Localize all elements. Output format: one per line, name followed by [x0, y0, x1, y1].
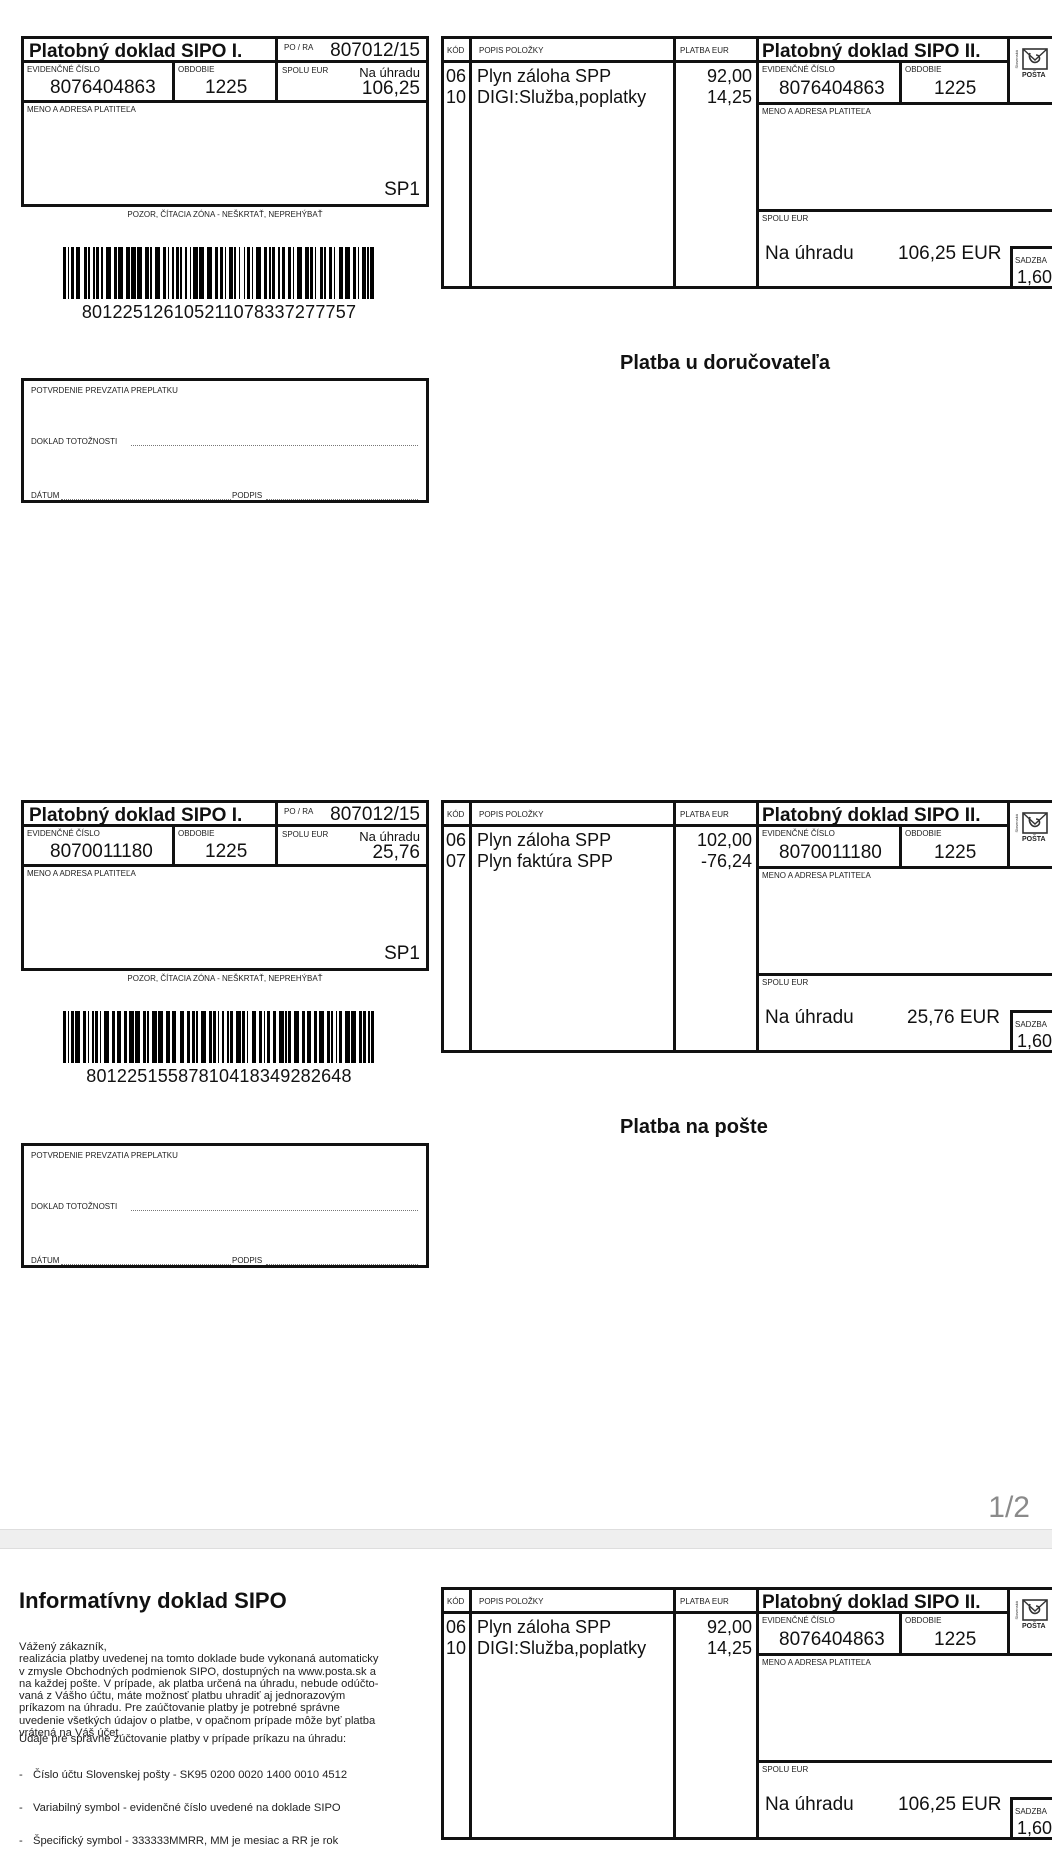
table-row: 10DIGI:Služba,poplatky14,25	[444, 1638, 756, 1659]
obdobie-label: OBDOBIE	[905, 830, 941, 838]
table-row: 06Plyn záloha SPP92,00	[444, 1617, 756, 1638]
posta-vertical-text: Slovenská	[1014, 1601, 1019, 1619]
po-ra-cell: PO / RA 807012/15	[278, 803, 426, 827]
reading-zone-warning: POZOR, ČÍTACIA ZÓNA - NEŠKRTAŤ, NEPREHÝB…	[21, 974, 429, 983]
payer-address-cell: MENO A ADRESA PLATITEĽA SP1	[24, 867, 426, 968]
info-line: príkazom na úhradu. Pre zaúčtovanie plat…	[19, 1702, 437, 1714]
obdobie-label: OBDOBIE	[905, 1617, 941, 1625]
sipo1-title: Platobný doklad SIPO I.	[29, 41, 242, 63]
sipo2-title: Platobný doklad SIPO II.	[762, 41, 981, 63]
item-description: Plyn záloha SPP	[477, 66, 611, 87]
info-line: vaná z Vášho účtu, máte možnosť platbu u…	[19, 1690, 437, 1702]
spolu-eur-label: SPOLU EUR	[762, 215, 808, 223]
info-bullet-text: Číslo účtu Slovenskej pošty - SK95 0200 …	[33, 1769, 347, 1781]
items-table: KÓD POPIS POLOŽKY PLATBA EUR 06Plyn zálo…	[441, 1587, 756, 1840]
posta-vertical-text: Slovenská	[1014, 50, 1019, 68]
posta-word: POŠTA	[1022, 72, 1046, 79]
barcode	[63, 247, 375, 299]
confirm-title: POTVRDENIE PREVZATIA PREPLATKU	[31, 1152, 178, 1160]
posta-word: POŠTA	[1022, 1623, 1046, 1630]
obdobie-value: 1225	[934, 1630, 976, 1649]
confirm-sign-label: PODPIS	[232, 1257, 262, 1265]
sadzba-label: SADZBA	[1015, 1808, 1047, 1816]
items-table: KÓD POPIS POLOŽKY PLATBA EUR 06Plyn zálo…	[441, 36, 756, 289]
evidencne-cislo-cell: EVIDENČNÉ ČÍSLO 8076404863	[759, 1614, 902, 1656]
po-ra-label: PO / RA	[284, 808, 313, 816]
sipo2-slip: Platobný doklad SIPO II. EVIDENČNÉ ČÍSLO…	[756, 1587, 1052, 1840]
kod-header: KÓD	[447, 811, 464, 819]
posta-logo-cell: Slovenská POŠTA	[1010, 39, 1052, 105]
item-code: 07	[446, 851, 472, 872]
popis-header: POPIS POLOŽKY	[479, 47, 543, 55]
kod-header: KÓD	[447, 1598, 464, 1606]
sadzba-cell: SADZBA 1,60	[1010, 1797, 1052, 1837]
sadzba-label: SADZBA	[1015, 1021, 1047, 1029]
na-uhradu-value: 25,76 EUR	[907, 1007, 1000, 1029]
spolu-cell: SPOLU EUR Na úhradu 25,76 EUR	[759, 976, 1052, 1050]
posthorn-icon	[1022, 812, 1048, 834]
payer-address-label: MENO A ADRESA PLATITEĽA	[762, 872, 871, 880]
evidencne-cislo-value: 8076404863	[779, 1630, 885, 1649]
info-bullet-text: Variabilný symbol - evidenčné číslo uved…	[33, 1802, 341, 1814]
spolu-eur-label: SPOLU EUR	[762, 1766, 808, 1774]
barcode-number: 80122515587810418349282648	[63, 1066, 375, 1087]
posthorn-icon	[1022, 48, 1048, 70]
reading-zone-warning: POZOR, ČÍTACIA ZÓNA - NEŠKRTAŤ, NEPREHÝB…	[21, 210, 429, 219]
info-title: Informatívny doklad SIPO	[19, 1588, 287, 1614]
evidencne-cislo-cell: EVIDENČNÉ ČÍSLO 8070011180	[759, 827, 902, 869]
na-uhradu-value: 106,25 EUR	[898, 1794, 1002, 1816]
evidencne-cislo-value: 8070011180	[50, 842, 153, 861]
sipo1-stub: Platobný doklad SIPO I. PO / RA 807012/1…	[21, 36, 429, 207]
payer-address-label: MENO A ADRESA PLATITEĽA	[27, 106, 136, 114]
sipo1-stub: Platobný doklad SIPO I. PO / RA 807012/1…	[21, 800, 429, 971]
item-code: 10	[446, 1638, 472, 1659]
info-bullet: -Špecifický symbol - 333333MMRR, MM je m…	[19, 1835, 338, 1847]
confirm-date-line	[61, 1264, 231, 1265]
obdobie-cell: OBDOBIE 1225	[175, 63, 278, 103]
platba-header: PLATBA EUR	[680, 47, 729, 55]
item-code: 06	[446, 830, 472, 851]
spolu-eur-label: SPOLU EUR	[762, 979, 808, 987]
posta-logo-cell: Slovenská POŠTA	[1010, 803, 1052, 869]
confirm-sign-line	[266, 499, 418, 500]
info-line: na každej pošte. V prípade, ak platba ur…	[19, 1678, 437, 1690]
evidencne-cislo-label: EVIDENČNÉ ČÍSLO	[27, 66, 100, 74]
obdobie-cell: OBDOBIE 1225	[902, 827, 1010, 869]
obdobie-value: 1225	[934, 79, 976, 98]
payer-address-cell: MENO A ADRESA PLATITEĽA SP1	[24, 103, 426, 204]
slovenska-posta-logo: Slovenská POŠTA	[1014, 48, 1052, 88]
sipo2-title-cell: Platobný doklad SIPO II.	[759, 1590, 1010, 1614]
table-row: 07Plyn faktúra SPP-76,24	[444, 851, 756, 872]
po-ra-value: 807012/15	[330, 41, 420, 60]
info-line: v zmysle Obchodných podmienok SIPO, dost…	[19, 1666, 437, 1678]
posthorn-icon	[1022, 1599, 1048, 1621]
na-uhradu-value: 25,76	[372, 843, 420, 862]
items-rows: 06Plyn záloha SPP102,0007Plyn faktúra SP…	[444, 830, 756, 872]
info-body: Vážený zákazník, realizácia platby uvede…	[19, 1641, 437, 1739]
item-amount: 14,25	[707, 1638, 752, 1659]
sipo2-title: Platobný doklad SIPO II.	[762, 805, 981, 827]
confirm-id-line	[131, 1210, 418, 1211]
item-amount: 92,00	[707, 1617, 752, 1638]
item-amount: 102,00	[697, 830, 752, 851]
sipo1-title: Platobný doklad SIPO I.	[29, 805, 242, 827]
kod-header: KÓD	[447, 47, 464, 55]
evidencne-cislo-cell: EVIDENČNÉ ČÍSLO 8076404863	[759, 63, 902, 105]
slovenska-posta-logo: Slovenská POŠTA	[1014, 812, 1052, 852]
obdobie-label: OBDOBIE	[178, 830, 214, 838]
overpayment-confirmation-box: POTVRDENIE PREVZATIA PREPLATKU DOKLAD TO…	[21, 1143, 429, 1268]
sadzba-cell: SADZBA 1,60	[1010, 246, 1052, 286]
item-code: 06	[446, 1617, 472, 1638]
obdobie-label: OBDOBIE	[178, 66, 214, 74]
confirm-date-label: DÁTUM	[31, 492, 59, 500]
obdobie-cell: OBDOBIE 1225	[902, 1614, 1010, 1656]
confirm-id-label: DOKLAD TOTOŽNOSTI	[31, 1203, 117, 1211]
info-subheading: Údaje pre správne zúčtovanie platby v pr…	[19, 1733, 346, 1745]
sipo2-slip: Platobný doklad SIPO II. EVIDENČNÉ ČÍSLO…	[756, 800, 1052, 1053]
item-description: Plyn záloha SPP	[477, 830, 611, 851]
table-row: 06Plyn záloha SPP102,00	[444, 830, 756, 851]
confirm-sign-label: PODPIS	[232, 492, 262, 500]
obdobie-label: OBDOBIE	[905, 66, 941, 74]
evidencne-cislo-cell: EVIDENČNÉ ČÍSLO 8070011180	[24, 827, 175, 867]
na-uhradu-value: 106,25	[362, 79, 420, 98]
sipo2-title-cell: Platobný doklad SIPO II.	[759, 39, 1010, 63]
table-row: 10DIGI:Služba,poplatky14,25	[444, 87, 756, 108]
section-heading: Platba u doručovateľa	[620, 352, 830, 375]
po-ra-value: 807012/15	[330, 805, 420, 824]
spolu-cell: SPOLU EUR Na úhradu 106,25 EUR	[759, 212, 1052, 286]
po-ra-label: PO / RA	[284, 44, 313, 52]
table-row: 06Plyn záloha SPP92,00	[444, 66, 756, 87]
barcode	[63, 1011, 375, 1063]
sadzba-label: SADZBA	[1015, 257, 1047, 265]
po-ra-cell: PO / RA 807012/15	[278, 39, 426, 63]
item-amount: 14,25	[707, 87, 752, 108]
payer-address-cell: MENO A ADRESA PLATITEĽA	[759, 869, 1052, 976]
confirm-title: POTVRDENIE PREVZATIA PREPLATKU	[31, 387, 178, 395]
slip-code: SP1	[384, 943, 420, 965]
slovenska-posta-logo: Slovenská POŠTA	[1014, 1599, 1052, 1639]
popis-header: POPIS POLOŽKY	[479, 811, 543, 819]
posta-logo-cell: Slovenská POŠTA	[1010, 1590, 1052, 1656]
sipo2-slip: Platobný doklad SIPO II. EVIDENČNÉ ČÍSLO…	[756, 36, 1052, 289]
obdobie-value: 1225	[934, 843, 976, 862]
page-separator	[0, 1529, 1052, 1549]
spolu-cell: SPOLU EUR Na úhradu 25,76	[278, 827, 426, 867]
sipo2-title: Platobný doklad SIPO II.	[762, 1592, 981, 1614]
items-rows: 06Plyn záloha SPP92,0010DIGI:Služba,popl…	[444, 1617, 756, 1659]
confirm-sign-line	[266, 1264, 418, 1265]
confirm-id-line	[131, 445, 418, 446]
items-rows: 06Plyn záloha SPP92,0010DIGI:Služba,popl…	[444, 66, 756, 108]
evidencne-cislo-value: 8070011180	[779, 843, 882, 862]
info-bullet: -Variabilný symbol - evidenčné číslo uve…	[19, 1802, 341, 1814]
item-description: DIGI:Služba,poplatky	[477, 1638, 646, 1659]
payer-address-label: MENO A ADRESA PLATITEĽA	[762, 108, 871, 116]
sipo2-title-cell: Platobný doklad SIPO II.	[759, 803, 1010, 827]
sadzba-cell: SADZBA 1,60	[1010, 1010, 1052, 1050]
posta-word: POŠTA	[1022, 836, 1046, 843]
payer-address-cell: MENO A ADRESA PLATITEĽA	[759, 105, 1052, 212]
evidencne-cislo-label: EVIDENČNÉ ČÍSLO	[27, 830, 100, 838]
obdobie-cell: OBDOBIE 1225	[902, 63, 1010, 105]
spolu-cell: SPOLU EUR Na úhradu 106,25	[278, 63, 426, 103]
item-description: Plyn faktúra SPP	[477, 851, 613, 872]
sadzba-value: 1,60	[1017, 268, 1052, 286]
confirm-date-line	[61, 499, 231, 500]
na-uhradu-label: Na úhradu	[765, 243, 854, 265]
items-header: KÓD POPIS POLOŽKY PLATBA EUR	[444, 39, 756, 63]
slip-code: SP1	[384, 179, 420, 201]
info-line: realizácia platby uvedenej na tomto dokl…	[19, 1653, 437, 1665]
popis-header: POPIS POLOŽKY	[479, 1598, 543, 1606]
item-code: 06	[446, 66, 472, 87]
confirm-id-label: DOKLAD TOTOŽNOSTI	[31, 438, 117, 446]
posta-vertical-text: Slovenská	[1014, 814, 1019, 832]
platba-header: PLATBA EUR	[680, 811, 729, 819]
section-heading: Platba na pošte	[620, 1116, 768, 1139]
overpayment-confirmation-box: POTVRDENIE PREVZATIA PREPLATKU DOKLAD TO…	[21, 378, 429, 503]
evidencne-cislo-value: 8076404863	[50, 78, 156, 97]
payer-address-label: MENO A ADRESA PLATITEĽA	[762, 1659, 871, 1667]
confirm-date-label: DÁTUM	[31, 1257, 59, 1265]
evidencne-cislo-label: EVIDENČNÉ ČÍSLO	[762, 830, 835, 838]
item-description: DIGI:Služba,poplatky	[477, 87, 646, 108]
sadzba-value: 1,60	[1017, 1032, 1052, 1050]
sipo1-title-cell: Platobný doklad SIPO I.	[24, 803, 278, 827]
evidencne-cislo-value: 8076404863	[779, 79, 885, 98]
evidencne-cislo-label: EVIDENČNÉ ČÍSLO	[762, 66, 835, 74]
spolu-eur-label: SPOLU EUR	[282, 831, 328, 839]
items-header: KÓD POPIS POLOŽKY PLATBA EUR	[444, 803, 756, 827]
item-code: 10	[446, 87, 472, 108]
evidencne-cislo-cell: EVIDENČNÉ ČÍSLO 8076404863	[24, 63, 175, 103]
evidencne-cislo-label: EVIDENČNÉ ČÍSLO	[762, 1617, 835, 1625]
item-description: Plyn záloha SPP	[477, 1617, 611, 1638]
na-uhradu-label: Na úhradu	[765, 1007, 854, 1029]
info-line: uvedenie všetkých údajov o platbe, v opa…	[19, 1715, 437, 1727]
info-greeting: Vážený zákazník,	[19, 1641, 437, 1653]
obdobie-cell: OBDOBIE 1225	[175, 827, 278, 867]
platba-header: PLATBA EUR	[680, 1598, 729, 1606]
info-bullet: -Číslo účtu Slovenskej pošty - SK95 0200…	[19, 1769, 347, 1781]
spolu-eur-label: SPOLU EUR	[282, 67, 328, 75]
sipo1-title-cell: Platobný doklad SIPO I.	[24, 39, 278, 63]
na-uhradu-value: 106,25 EUR	[898, 243, 1002, 265]
item-amount: 92,00	[707, 66, 752, 87]
na-uhradu-label: Na úhradu	[765, 1794, 854, 1816]
payer-address-cell: MENO A ADRESA PLATITEĽA	[759, 1656, 1052, 1763]
item-amount: -76,24	[701, 851, 752, 872]
items-table: KÓD POPIS POLOŽKY PLATBA EUR 06Plyn zálo…	[441, 800, 756, 1053]
sadzba-value: 1,60	[1017, 1819, 1052, 1837]
payer-address-label: MENO A ADRESA PLATITEĽA	[27, 870, 136, 878]
items-header: KÓD POPIS POLOŽKY PLATBA EUR	[444, 1590, 756, 1614]
spolu-cell: SPOLU EUR Na úhradu 106,25 EUR	[759, 1763, 1052, 1837]
obdobie-value: 1225	[205, 78, 247, 97]
info-bullet-text: Špecifický symbol - 333333MMRR, MM je me…	[33, 1835, 338, 1847]
barcode-number: 801225126105211078337277757	[63, 302, 375, 323]
page-counter: 1/2	[988, 1491, 1030, 1525]
obdobie-value: 1225	[205, 842, 247, 861]
